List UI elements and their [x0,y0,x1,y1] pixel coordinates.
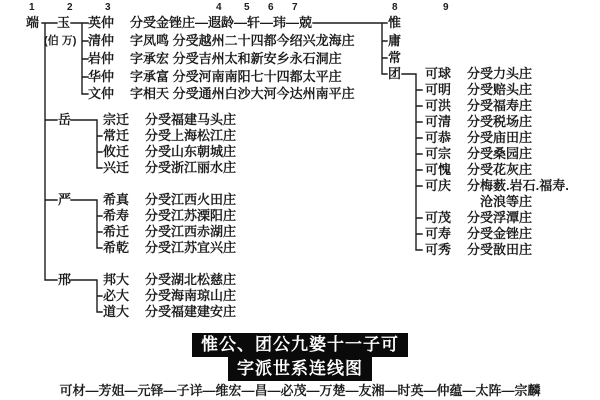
tree-node-yu: 玉 [57,15,70,31]
node-note: 分受湖北松慈庄 [145,272,236,288]
tree-node: 宗迁 [103,112,129,128]
node-note: 分受福建马头庄 [145,112,236,128]
tree-node-yu-alias: (伯 万) [44,34,76,50]
tree-node: 可恭 [425,130,451,146]
tree-node: 文仲 [88,86,114,102]
tree-node: 岩仲 [88,51,114,67]
tree-node: 可愧 [425,162,451,178]
tree-node: 希迁 [103,224,129,240]
tree-node: 希真 [103,192,129,208]
tree-node: 英仲 [88,15,114,31]
node-note: 分受力头庄 [467,66,532,82]
tree-node-yong: 庸 [388,33,401,49]
tree-node: 希乾 [103,240,129,256]
tree-node: 可寿 [425,226,451,242]
node-note: 字凤鸣 分受越州二十四都今绍兴龙海庄 [130,33,355,49]
node-note: 字相天 分受通州白沙大河今达州南平庄 [130,86,355,102]
node-note: 字承富 分受河南南阳七十四都太平庄 [130,69,342,85]
node-note: 分受江苏宜兴庄 [145,240,236,256]
tree-node: 必大 [103,288,129,304]
node-note: 分受浙江丽水庄 [145,160,236,176]
tree-node: 道大 [103,304,129,320]
node-note: 分受山东朝城庄 [145,144,236,160]
node-note: 分受赔头庄 [467,82,532,98]
generation-label-1: 1 [29,2,35,14]
generation-label-7: 7 [292,2,298,14]
tree-node: 攸迁 [103,144,129,160]
node-note: 分受江西赤湖庄 [145,224,236,240]
node-note: 分受花灰庄 [467,162,532,178]
node-note: 分受金锉庄—遐龄—轩—玮—兢 [130,15,312,31]
tree-node: 可宗 [425,146,451,162]
tree-node-wei: 惟 [388,15,401,31]
generation-label-8: 8 [392,2,398,14]
title-line-2: 字派世系连线图 [228,357,372,381]
title-line-1: 惟公、团公九婆十一子可 [192,333,408,357]
lineage-chain: 可材—芳姐—元铎—子详—维宏—昌—必茂—万楚—友湘—时英—仲蕴—太阵—宗麟 [0,380,600,399]
tree-node: 清仲 [88,33,114,49]
tree-node-chang: 常 [388,50,401,66]
node-note: 分受浮潭庄 [467,210,532,226]
generation-label-4: 4 [216,2,222,14]
node-note-continued: 沧浪等庄 [480,194,532,210]
node-note: 分受上海松江庄 [145,128,236,144]
tree-node: 华仲 [88,69,114,85]
tree-node: 邦大 [103,272,129,288]
node-note: 分受金锉庄 [467,226,532,242]
node-note: 分受桑园庄 [467,146,532,162]
generation-label-6: 6 [268,2,274,14]
tree-node: 常迁 [103,128,129,144]
node-note: 分受庙田庄 [467,130,532,146]
node-note: 分受福建建安庄 [145,304,236,320]
node-note: 分受福寿庄 [467,98,532,114]
tree-node-xing: 邢 [58,272,71,288]
tree-node-yan: 严 [58,192,71,208]
tree-node: 可秀 [425,242,451,258]
diagram-title: 惟公、团公九婆十一子可 字派世系连线图 [0,333,600,381]
tree-node: 可洪 [425,98,451,114]
genealogy-diagram: 1 2 3 4 5 6 7 8 9 端 玉 (伯 万) 英仲 分受金锉庄—遐龄—… [0,0,600,400]
tree-node: 可庆 [425,178,451,194]
generation-label-5: 5 [244,2,250,14]
tree-node: 希寿 [103,208,129,224]
tree-node-tuan: 团 [388,66,401,82]
generation-label-3: 3 [105,2,111,14]
node-note: 分受江苏溧阳庄 [145,208,236,224]
node-note: 分受海南琼山庄 [145,288,236,304]
tree-node-root: 端 [26,15,39,31]
node-note: 分受敔田庄 [467,242,532,258]
generation-label-2: 2 [67,2,73,14]
tree-node: 可球 [425,66,451,82]
node-note: 字承宏 分受吉州太和新安乡永石洞庄 [130,51,342,67]
node-note: 分受江西火田庄 [145,192,236,208]
tree-node: 兴迁 [103,160,129,176]
node-note: 分梅薮.岩石.福寿. [467,178,569,194]
node-note: 分受税场庄 [467,114,532,130]
tree-node: 可茂 [425,210,451,226]
tree-node: 可清 [425,114,451,130]
tree-node-yue: 岳 [58,112,71,128]
tree-node: 可明 [425,82,451,98]
generation-label-9: 9 [443,2,449,14]
